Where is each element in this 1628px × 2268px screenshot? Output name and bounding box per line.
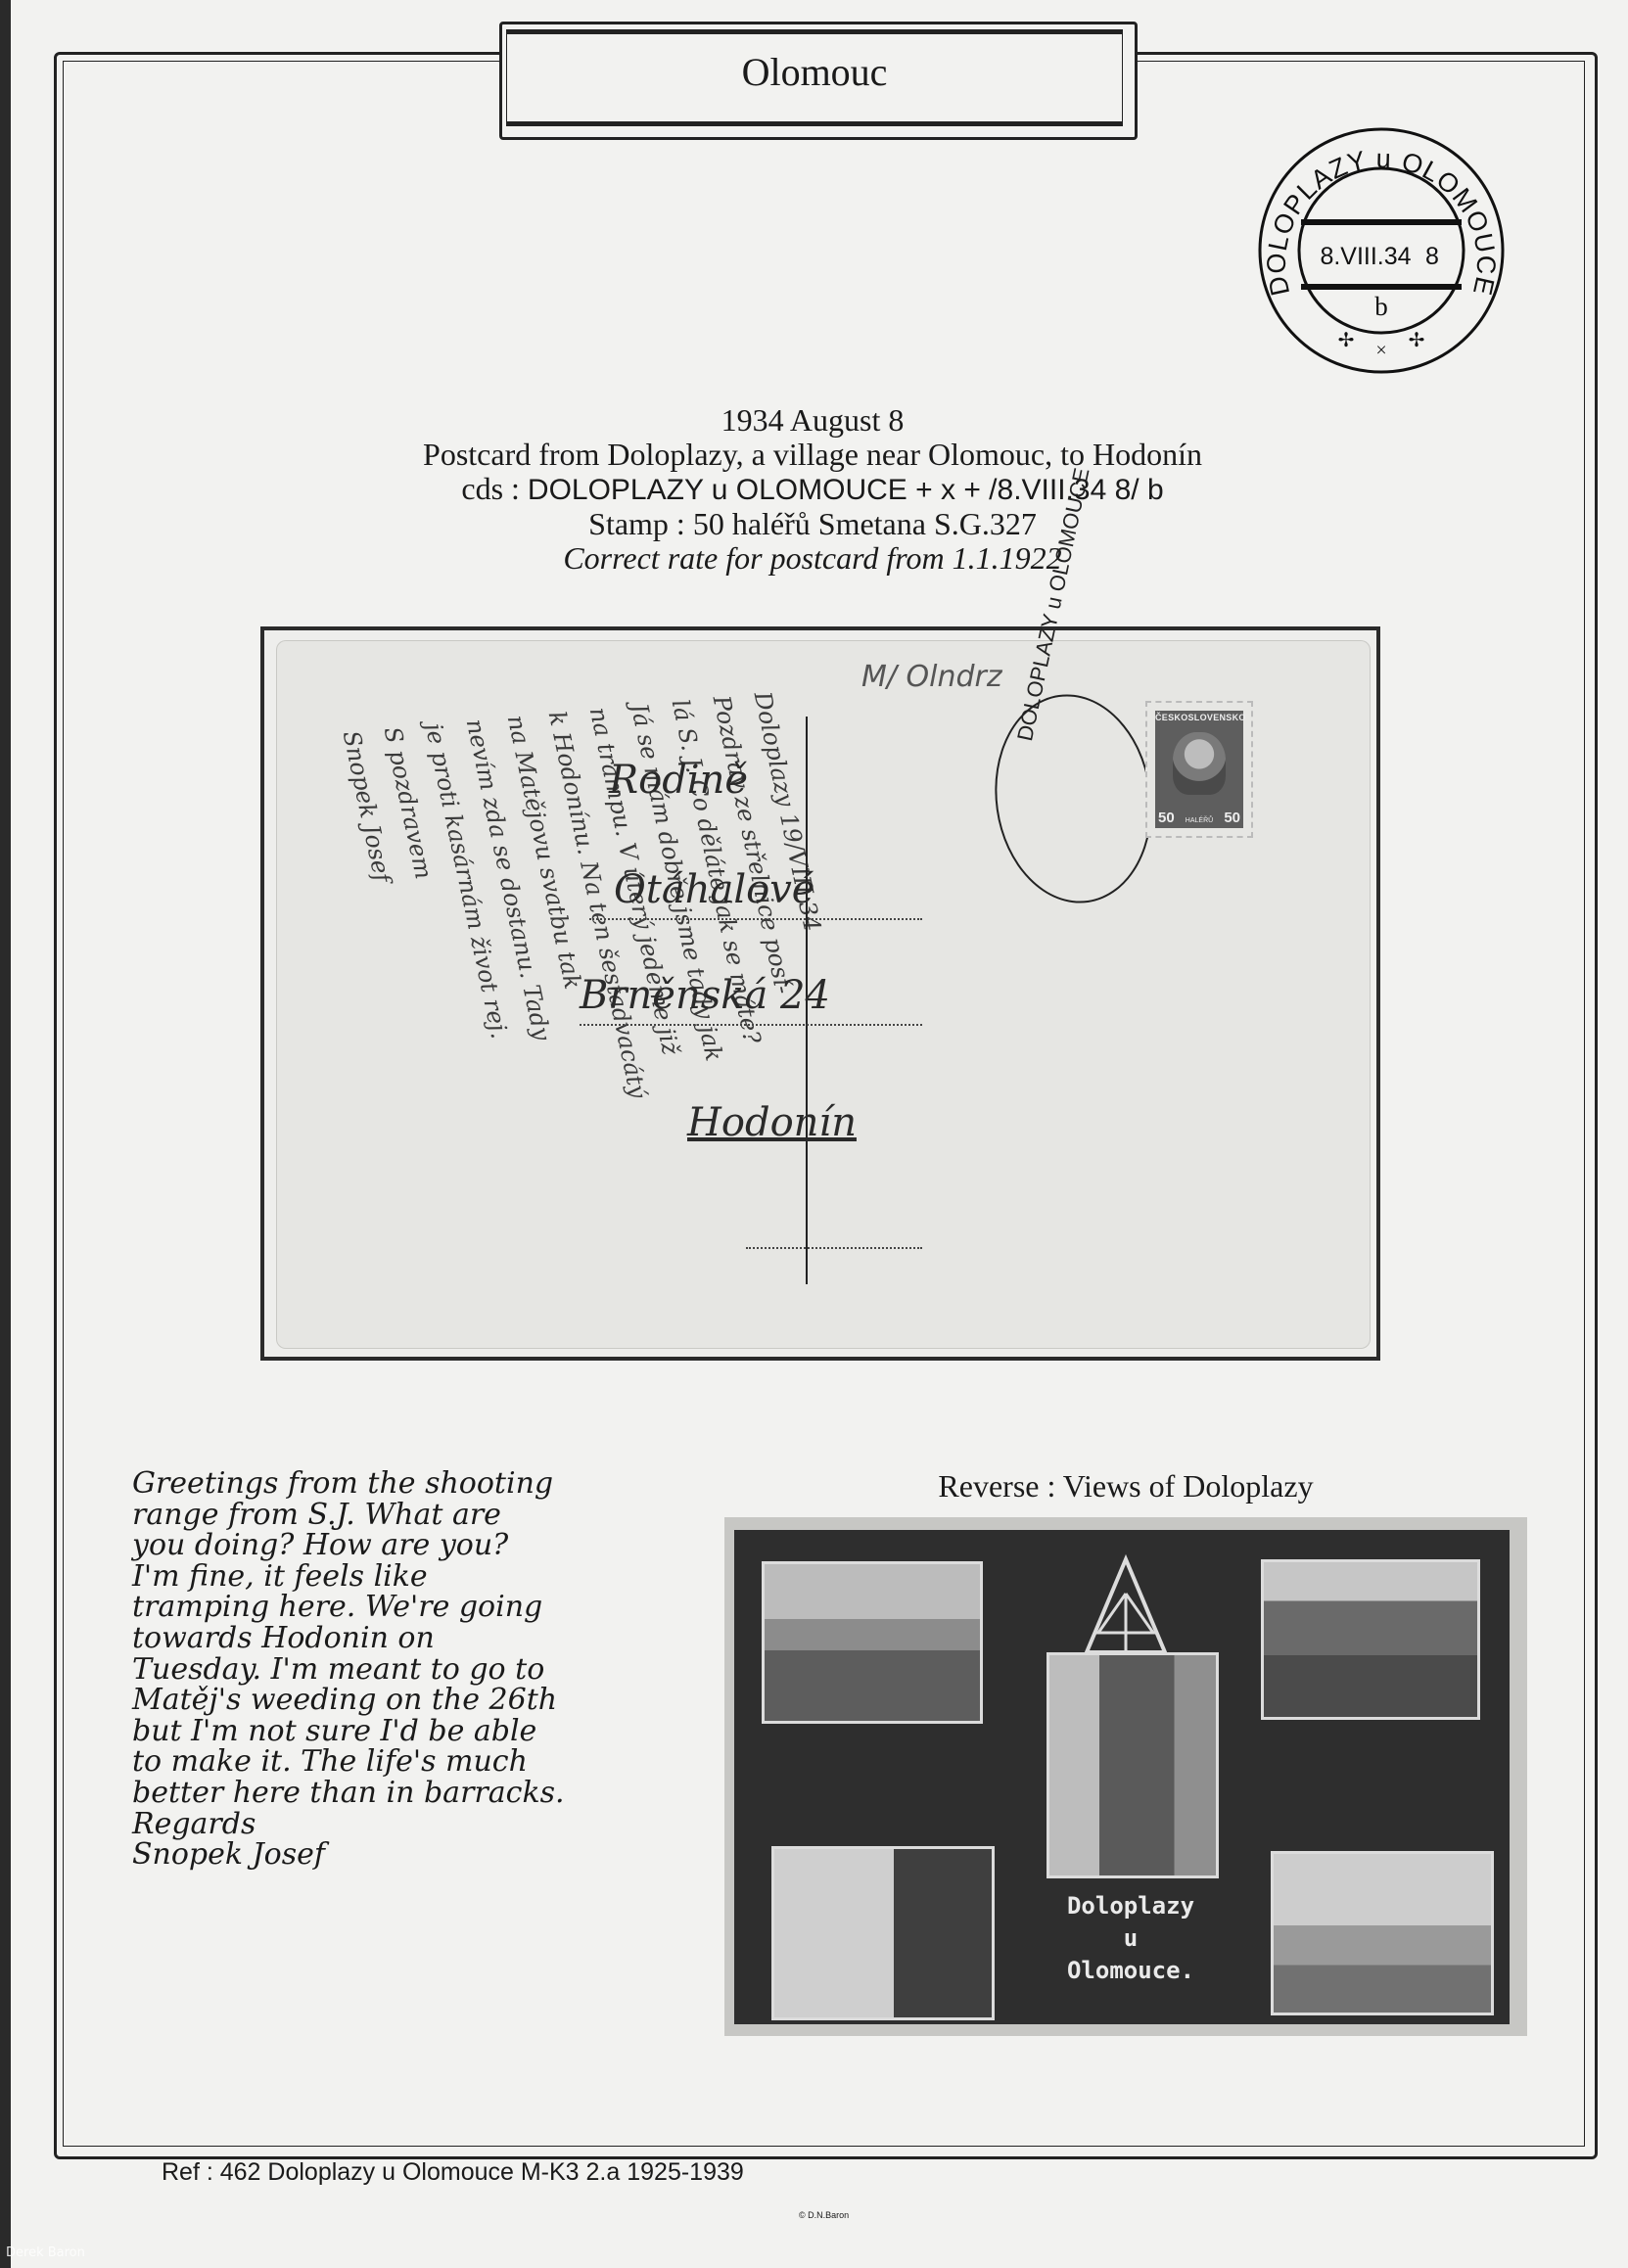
cross-ornament-icon: ✢ [1409,330,1425,351]
address-rule [589,918,922,920]
item-date: 1934 August 8 [294,403,1331,438]
address-line: Brněnská 24 [580,973,830,1018]
view-church-photo [1047,1652,1219,1878]
address-line: Otáhalové [614,867,814,912]
pencil-note: M/ Olndrz [861,660,1002,694]
stamp-value: 50 [1224,810,1240,826]
view-square-photo [1271,1851,1494,2015]
postage-stamp: ČESKOSLOVENSKO 50 HALÉŘŮ 50 [1145,701,1253,838]
view-fields-photo [762,1561,983,1724]
postmark-cancel [982,684,1165,913]
stamp-line: Stamp : 50 haléřů Smetana S.G.327 [294,507,1331,541]
smetana-portrait-icon [1173,732,1226,795]
item-description: 1934 August 8 Postcard from Doloplazy, a… [294,403,1331,576]
title-box-inner: Olomouc [506,29,1123,126]
postcard-front: Doloplazy 19/VIII 34Pozdrav ze střelnice… [276,640,1371,1349]
postmark-date: 8.VIII.34 [1320,243,1411,270]
rate-note: Correct rate for postcard from 1.1.1922 [294,541,1331,576]
postcard-reverse: Doloplazy u Olomouce. [724,1517,1527,2036]
stamp-country: ČESKOSLOVENSKO [1155,713,1243,722]
item-summary: Postcard from Doloplazy, a village near … [294,438,1331,472]
cds-line: cds : DOLOPLAZY u OLOMOUCE + x + /8.VIII… [294,472,1331,507]
postmark-hour: 8 [1425,243,1439,270]
view-hills-photo [1261,1559,1480,1720]
view-street-photo [771,1846,995,2020]
reverse-caption: Reverse : Views of Doloplazy [724,1468,1527,1504]
page-title: Olomouc [742,49,888,95]
address-rule [580,1024,922,1026]
reference: Ref : 462 Doloplazy u Olomouce M-K3 2.a … [162,2158,744,2187]
cross-ornament-icon: ✢ [1338,330,1355,351]
x-ornament-icon: × [1375,340,1386,361]
address-rule [746,1247,922,1249]
address-line: Rodině [609,758,748,803]
copyright: © D.N.Baron [799,2210,849,2220]
reverse-card-title: Doloplazy u Olomouce. [1018,1890,1243,1987]
tent-emblem-icon [1077,1554,1175,1662]
postmark-serial: b [1374,292,1388,321]
message-translation: Greetings from the shooting range from S… [132,1468,680,1871]
watermark: Derek Baron [6,2245,85,2260]
scan-edge [0,0,11,2268]
postmark-illustration: DOLOPLAZY u OLOMOUCE 8.VIII.34 8 b ✢ × ✢ [1256,125,1507,376]
address-line: Hodonín [687,1100,857,1145]
